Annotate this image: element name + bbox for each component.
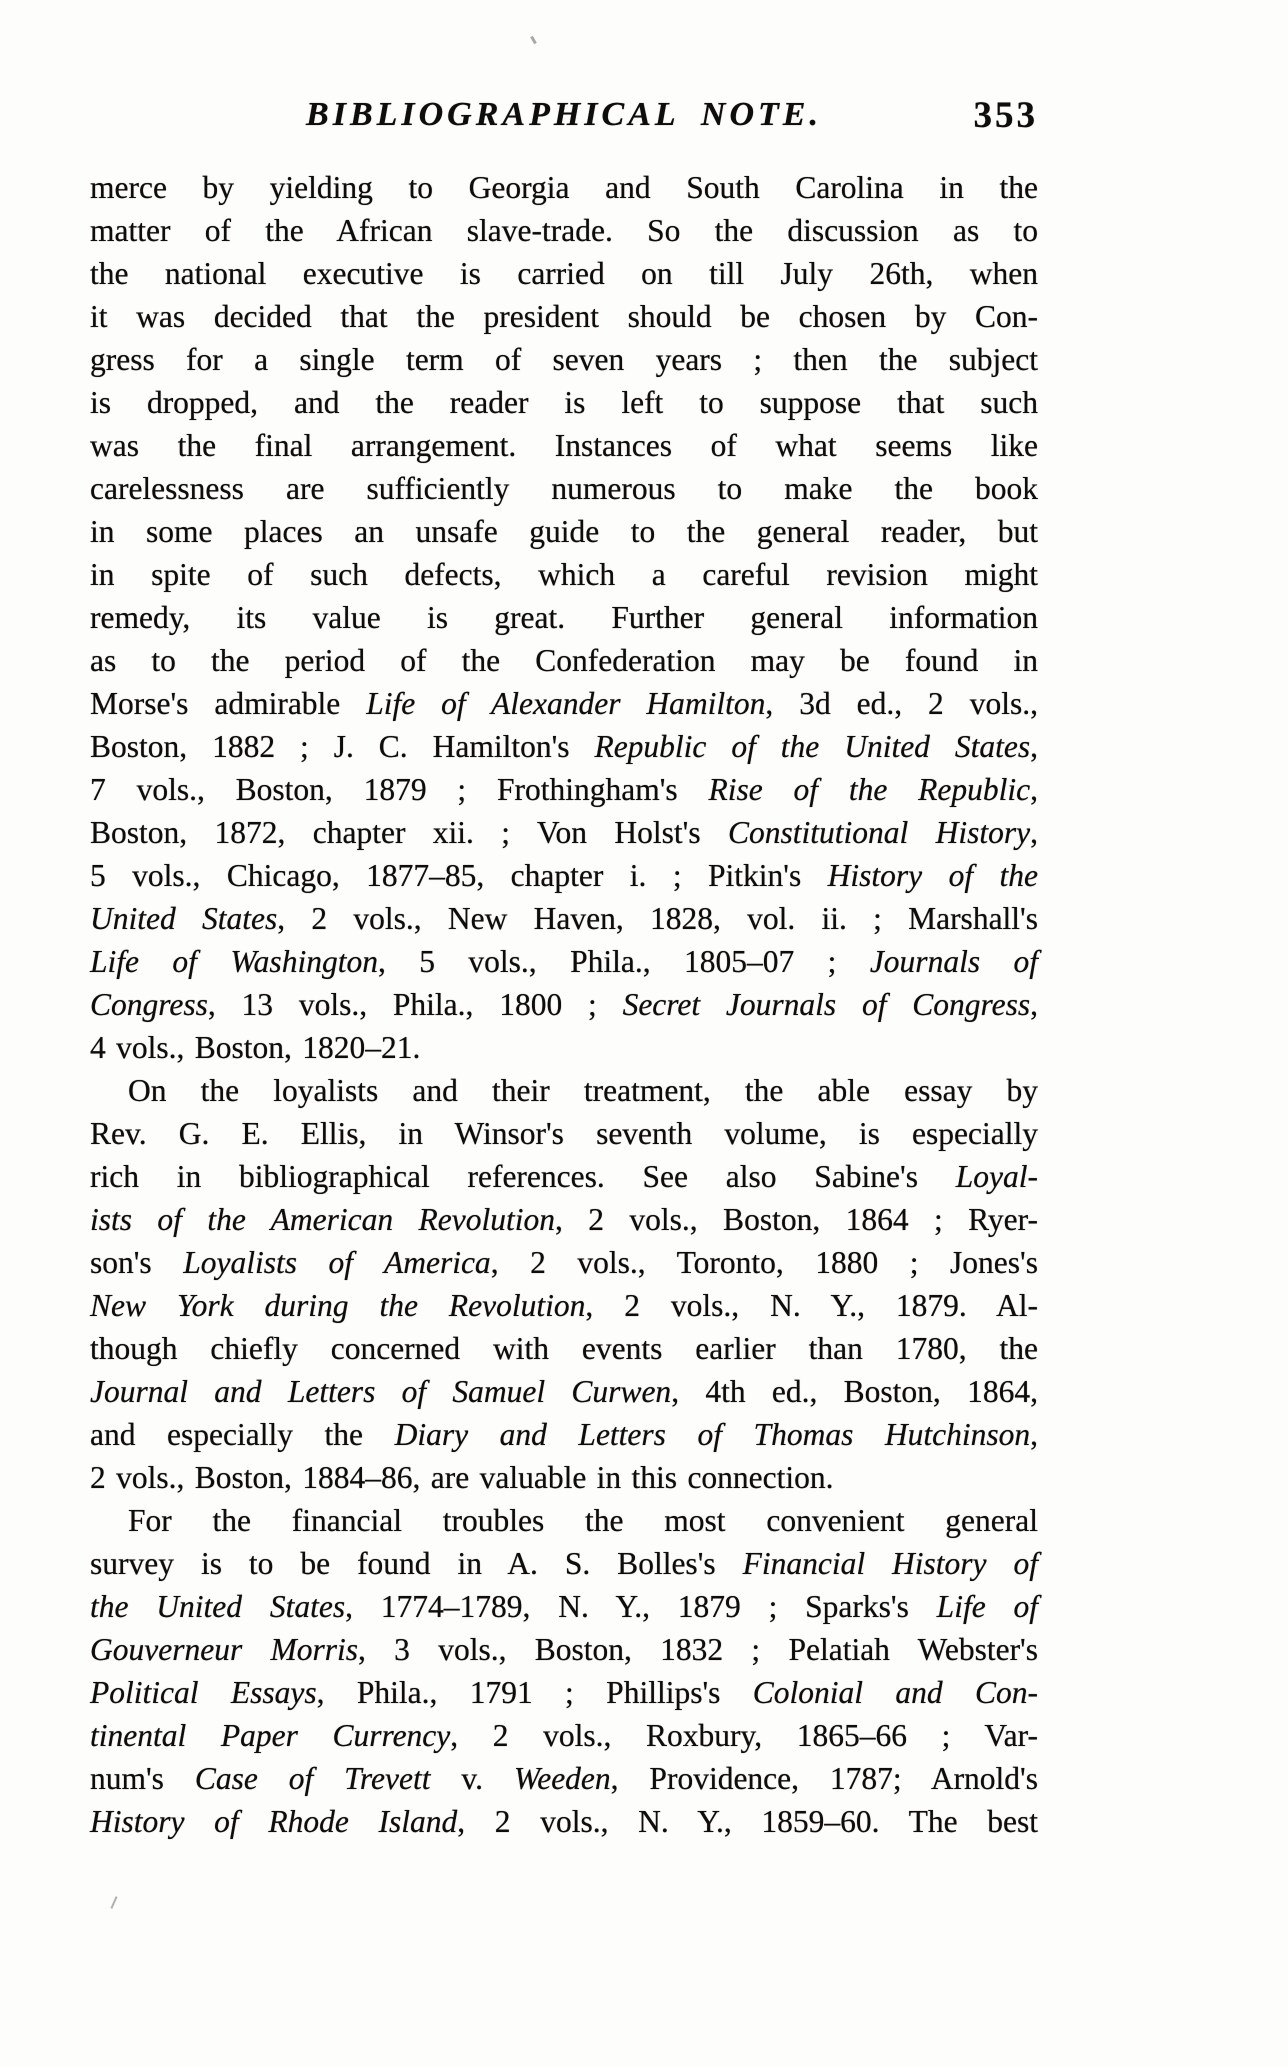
plain-text: Boston, 1872, chapter xii. ; Von Holst's (90, 815, 728, 850)
italic-text: United States (90, 901, 277, 936)
plain-text: it was decided that the president should… (90, 299, 1038, 334)
text-line: Rev. G. E. Ellis, in Winsor's seventh vo… (90, 1112, 1038, 1155)
text-line: rich in bibliographical references. See … (90, 1155, 1038, 1198)
paragraph: On the loyalists and their treatment, th… (90, 1069, 1038, 1499)
italic-text: Journals of (870, 944, 1038, 979)
italic-text: Secret Journals of Congress (623, 987, 1031, 1022)
plain-text: , (1030, 987, 1038, 1022)
italic-text: Life of (937, 1589, 1038, 1624)
text-line: the United States, 1774–1789, N. Y., 187… (90, 1585, 1038, 1628)
plain-text: v. (430, 1761, 513, 1796)
text-line: Boston, 1872, chapter xii. ; Von Holst's… (90, 811, 1038, 854)
italic-text: History of the (828, 858, 1038, 893)
plain-text: Morse's admirable (90, 686, 366, 721)
plain-text: , (1030, 815, 1038, 850)
plain-text: 5 vols., Chicago, 1877–85, chapter i. ; … (90, 858, 828, 893)
plain-text: , Phila., 1791 ; Phillips's (317, 1675, 753, 1710)
italic-text: Case of Trevett (195, 1761, 431, 1796)
text-line: For the financial troubles the most conv… (90, 1499, 1038, 1542)
italic-text: Gouverneur Morris (90, 1632, 358, 1667)
plain-text: in spite of such defects, which a carefu… (90, 557, 1038, 592)
plain-text: , 2 vols., N. Y., 1859–60. The best (457, 1804, 1038, 1839)
plain-text: and especially the (90, 1417, 395, 1452)
italic-text: Political Essays (90, 1675, 317, 1710)
text-line: in spite of such defects, which a carefu… (90, 553, 1038, 596)
text-line: Congress, 13 vols., Phila., 1800 ; Secre… (90, 983, 1038, 1026)
plain-text: For the financial troubles the most conv… (128, 1503, 1038, 1538)
italic-text: History of Rhode Island (90, 1804, 457, 1839)
text-line: Gouverneur Morris, 3 vols., Boston, 1832… (90, 1628, 1038, 1671)
italic-text: Journal and Letters of Samuel Curwen (90, 1374, 671, 1409)
text-line: 5 vols., Chicago, 1877–85, chapter i. ; … (90, 854, 1038, 897)
italic-text: ists of the American Revolution (90, 1202, 555, 1237)
text-line: carelessness are sufficiently numerous t… (90, 467, 1038, 510)
plain-text: , 13 vols., Phila., 1800 ; (208, 987, 623, 1022)
italic-text: Weeden (514, 1761, 611, 1796)
plain-text: son's (90, 1245, 183, 1280)
text-line: matter of the African slave-trade. So th… (90, 209, 1038, 252)
plain-text: in some places an unsafe guide to the ge… (90, 514, 1038, 549)
plain-text: , 2 vols., Roxbury, 1865–66 ; Var- (450, 1718, 1038, 1753)
italic-text: Diary and Letters of Thomas Hutchinson (395, 1417, 1031, 1452)
italic-text: the United States (90, 1589, 345, 1624)
plain-text: , 3 vols., Boston, 1832 ; Pelatiah Webst… (358, 1632, 1038, 1667)
text-line: and especially the Diary and Letters of … (90, 1413, 1038, 1456)
plain-text: though chiefly concerned with events ear… (90, 1331, 1038, 1366)
running-head: BIBLIOGRAPHICAL NOTE. 353 (90, 96, 1038, 144)
text-line: New York during the Revolution, 2 vols.,… (90, 1284, 1038, 1327)
plain-text: , (1030, 729, 1038, 764)
plain-text: , (1030, 1417, 1038, 1452)
text-line: though chiefly concerned with events ear… (90, 1327, 1038, 1370)
plain-text: On the loyalists and their treatment, th… (128, 1073, 1038, 1108)
paragraph: merce by yielding to Georgia and South C… (90, 166, 1038, 1069)
text-line: United States, 2 vols., New Haven, 1828,… (90, 897, 1038, 940)
italic-text: Life of Alexander Hamilton (366, 686, 765, 721)
plain-text: merce by yielding to Georgia and South C… (90, 170, 1038, 205)
italic-text: New York during the Revolution (90, 1288, 585, 1323)
text-line: Political Essays, Phila., 1791 ; Phillip… (90, 1671, 1038, 1714)
plain-text: , 2 vols., Boston, 1864 ; Ryer- (555, 1202, 1038, 1237)
paragraph: For the financial troubles the most conv… (90, 1499, 1038, 1843)
text-line: ists of the American Revolution, 2 vols.… (90, 1198, 1038, 1241)
plain-text: num's (90, 1761, 195, 1796)
scan-artifact (530, 36, 537, 44)
italic-text: Colonial and Con- (753, 1675, 1038, 1710)
plain-text: , 5 vols., Phila., 1805–07 ; (378, 944, 870, 979)
plain-text: remedy, its value is great. Further gene… (90, 600, 1038, 635)
plain-text: , 4th ed., Boston, 1864, (671, 1374, 1038, 1409)
text-column: BIBLIOGRAPHICAL NOTE. 353 merce by yield… (90, 96, 1038, 1843)
text-line: is dropped, and the reader is left to su… (90, 381, 1038, 424)
text-line: 4 vols., Boston, 1820–21. (90, 1026, 1038, 1069)
plain-text: , 1774–1789, N. Y., 1879 ; Sparks's (345, 1589, 937, 1624)
text-line: Morse's admirable Life of Alexander Hami… (90, 682, 1038, 725)
plain-text: as to the period of the Confederation ma… (90, 643, 1038, 678)
text-line: On the loyalists and their treatment, th… (90, 1069, 1038, 1112)
text-line: remedy, its value is great. Further gene… (90, 596, 1038, 639)
plain-text: , (1030, 772, 1038, 807)
text-line: in some places an unsafe guide to the ge… (90, 510, 1038, 553)
scan-artifact (110, 1896, 117, 1909)
plain-text: , 2 vols., N. Y., 1879. Al- (585, 1288, 1038, 1323)
text-line: 7 vols., Boston, 1879 ; Frothingham's Ri… (90, 768, 1038, 811)
book-page: BIBLIOGRAPHICAL NOTE. 353 merce by yield… (0, 0, 1288, 2067)
plain-text: 2 vols., Boston, 1884–86, are valuable i… (90, 1460, 834, 1495)
text-line: gress for a single term of seven years ;… (90, 338, 1038, 381)
text-line: History of Rhode Island, 2 vols., N. Y.,… (90, 1800, 1038, 1843)
text-line: Journal and Letters of Samuel Curwen, 4t… (90, 1370, 1038, 1413)
text-line: Life of Washington, 5 vols., Phila., 180… (90, 940, 1038, 983)
text-line: 2 vols., Boston, 1884–86, are valuable i… (90, 1456, 1038, 1499)
italic-text: Republic of the United States (594, 729, 1030, 764)
text-line: son's Loyalists of America, 2 vols., Tor… (90, 1241, 1038, 1284)
plain-text: , Providence, 1787; Arnold's (611, 1761, 1038, 1796)
text-line: it was decided that the president should… (90, 295, 1038, 338)
plain-text: was the final arrangement. Instances of … (90, 428, 1038, 463)
italic-text: Loyalists of America (183, 1245, 490, 1280)
plain-text: survey is to be found in A. S. Bolles's (90, 1546, 743, 1581)
text-line: merce by yielding to Georgia and South C… (90, 166, 1038, 209)
plain-text: carelessness are sufficiently numerous t… (90, 471, 1038, 506)
text-line: as to the period of the Confederation ma… (90, 639, 1038, 682)
plain-text: is dropped, and the reader is left to su… (90, 385, 1038, 420)
page-title: BIBLIOGRAPHICAL NOTE. (90, 96, 1038, 134)
italic-text: Financial History of (743, 1546, 1038, 1581)
italic-text: Loyal- (956, 1159, 1038, 1194)
text-line: tinental Paper Currency, 2 vols., Roxbur… (90, 1714, 1038, 1757)
italic-text: tinental Paper Currency (90, 1718, 450, 1753)
text-line: the national executive is carried on til… (90, 252, 1038, 295)
plain-text: gress for a single term of seven years ;… (90, 342, 1038, 377)
plain-text: Boston, 1882 ; J. C. Hamilton's (90, 729, 594, 764)
italic-text: Life of Washington (90, 944, 378, 979)
page-body: merce by yielding to Georgia and South C… (90, 166, 1038, 1843)
italic-text: Rise of the Republic (708, 772, 1030, 807)
italic-text: Congress (90, 987, 208, 1022)
plain-text: , 2 vols., Toronto, 1880 ; Jones's (491, 1245, 1038, 1280)
plain-text: rich in bibliographical references. See … (90, 1159, 956, 1194)
text-line: Boston, 1882 ; J. C. Hamilton's Republic… (90, 725, 1038, 768)
plain-text: 4 vols., Boston, 1820–21. (90, 1030, 420, 1065)
plain-text: , 2 vols., New Haven, 1828, vol. ii. ; M… (277, 901, 1038, 936)
text-line: was the final arrangement. Instances of … (90, 424, 1038, 467)
plain-text: 7 vols., Boston, 1879 ; Frothingham's (90, 772, 708, 807)
plain-text: Rev. G. E. Ellis, in Winsor's seventh vo… (90, 1116, 1038, 1151)
plain-text: the national executive is carried on til… (90, 256, 1038, 291)
italic-text: Constitutional History (728, 815, 1030, 850)
text-line: survey is to be found in A. S. Bolles's … (90, 1542, 1038, 1585)
text-line: num's Case of Trevett v. Weeden, Provide… (90, 1757, 1038, 1800)
plain-text: matter of the African slave-trade. So th… (90, 213, 1038, 248)
plain-text: , 3d ed., 2 vols., (765, 686, 1038, 721)
page-number: 353 (974, 94, 1039, 137)
